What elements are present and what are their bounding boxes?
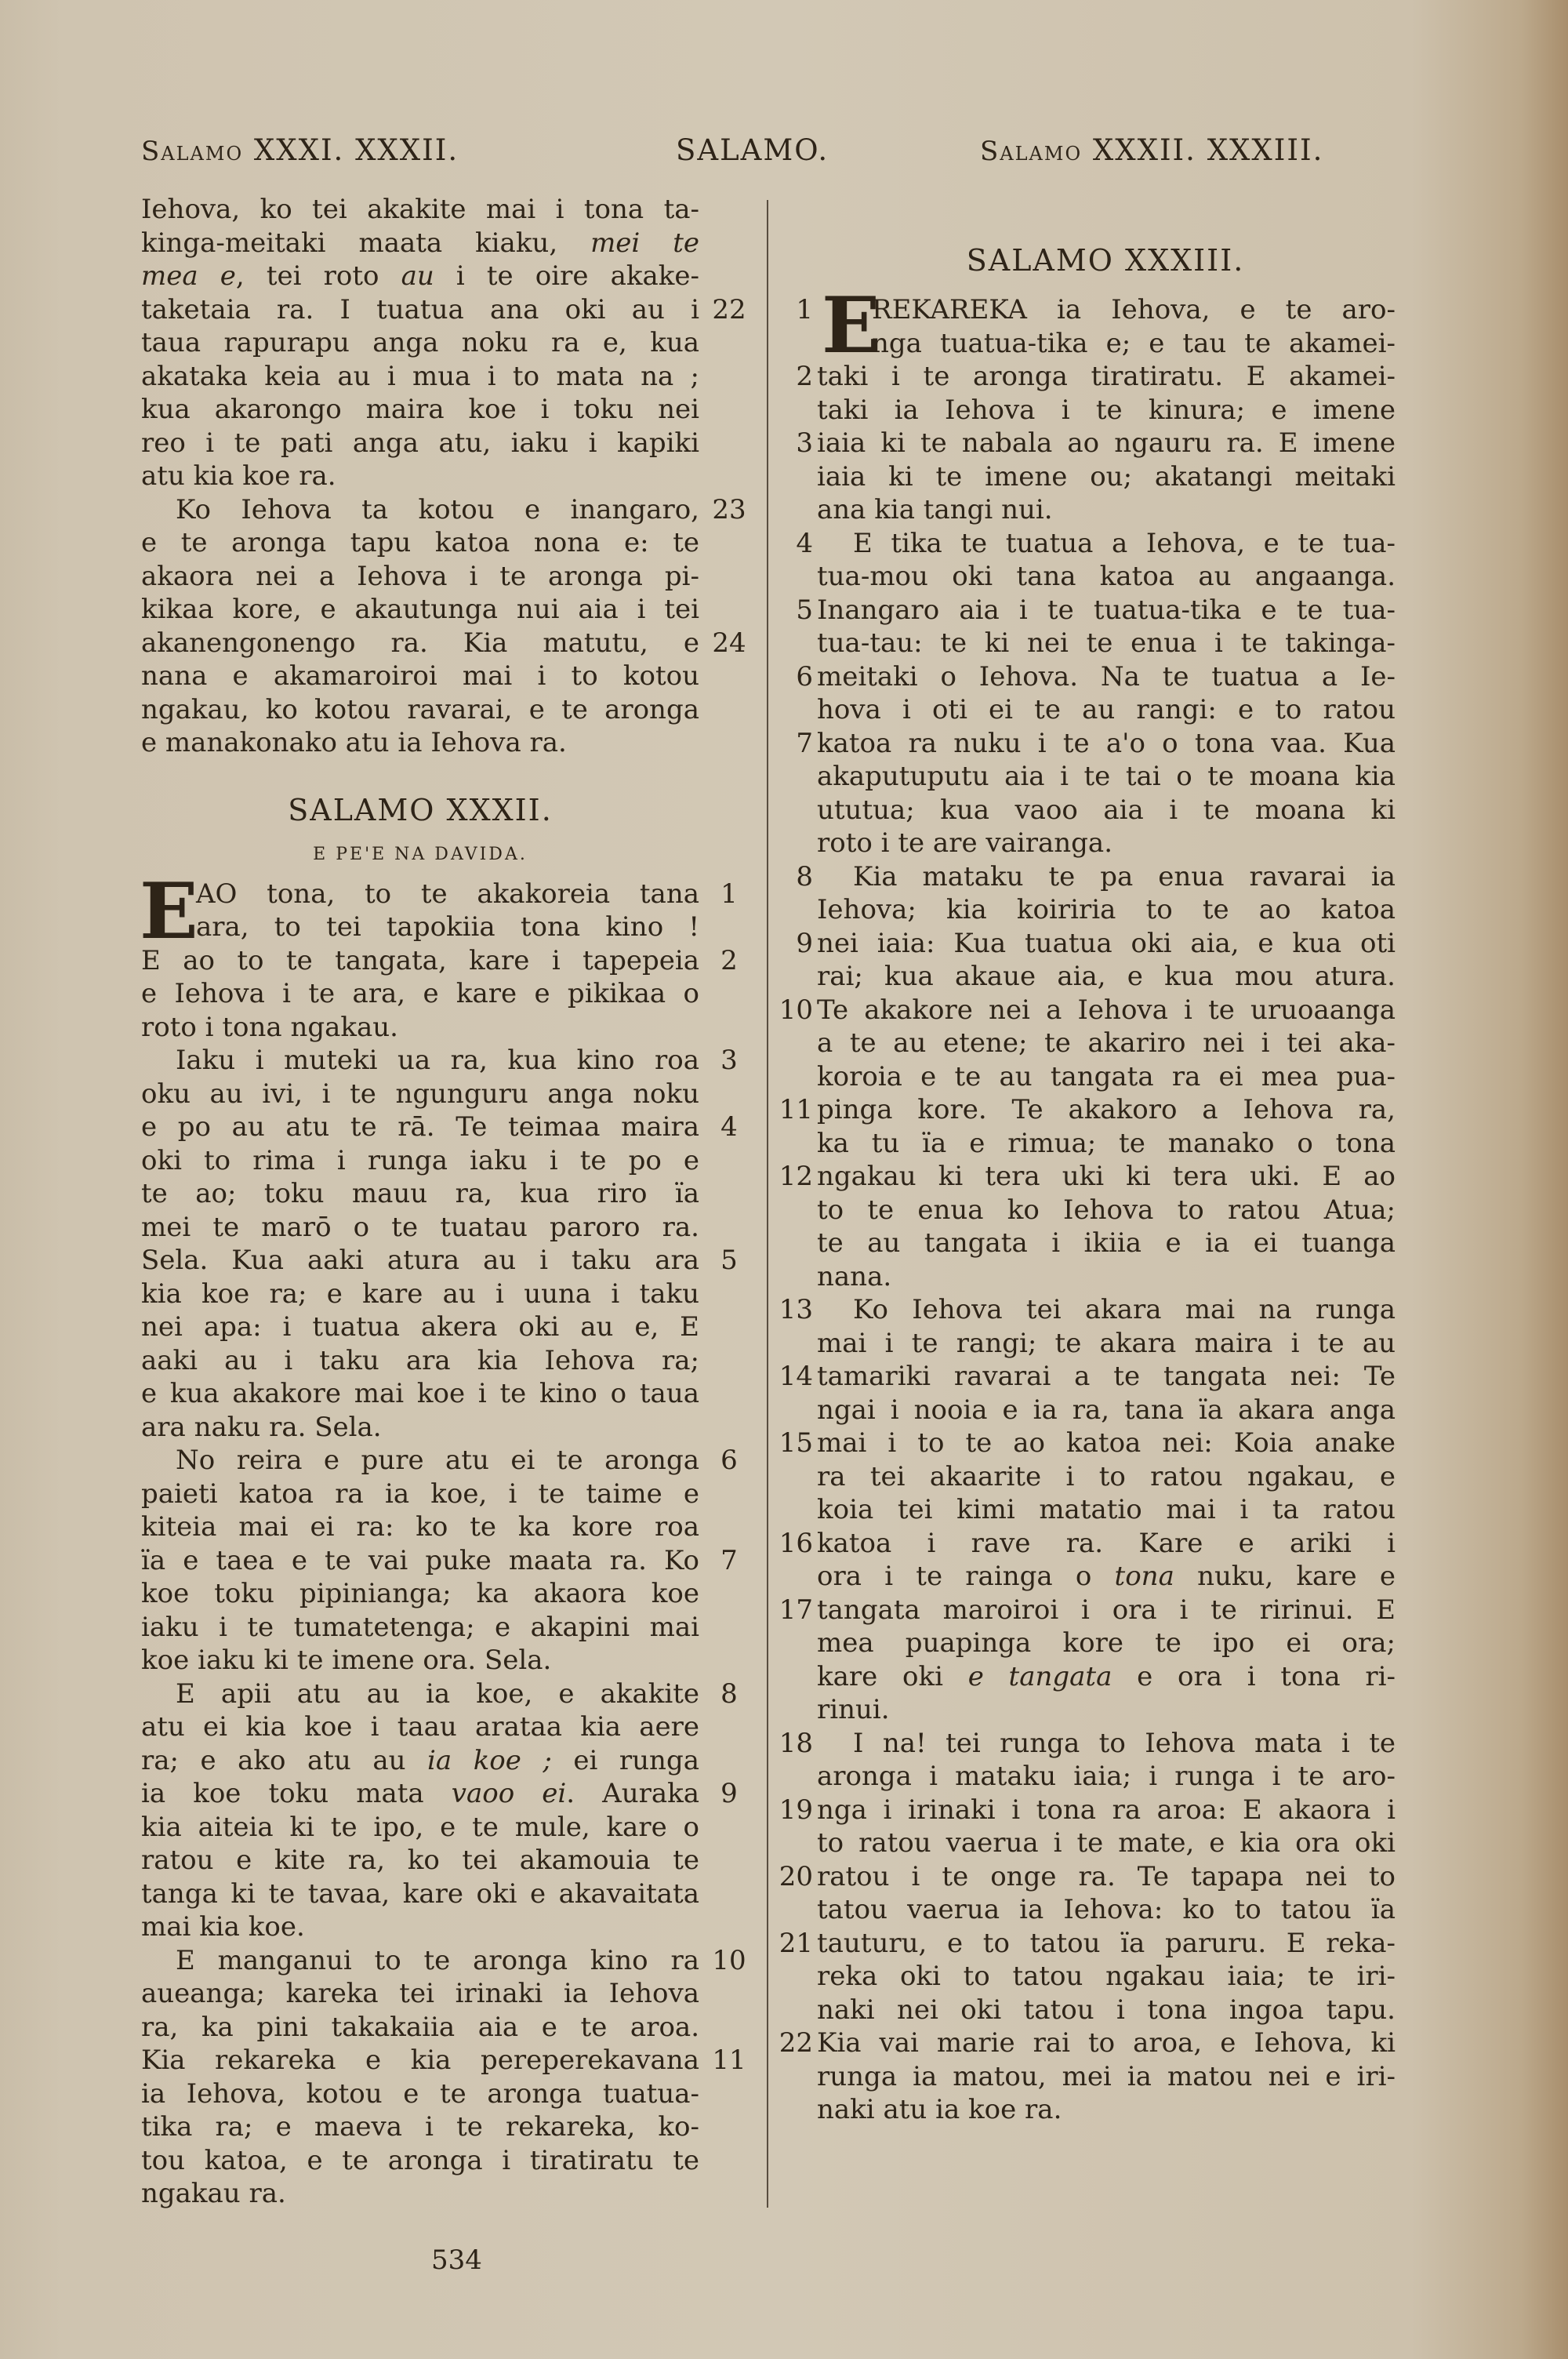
psalm-title: SALAMO XXXII.: [141, 793, 699, 827]
verse-number: 12: [772, 1160, 813, 1193]
text-line: rinui.: [817, 1693, 1396, 1726]
drop-cap: E: [140, 879, 198, 945]
text-line: reo i te pati anga atu, iaku i kapiki: [141, 427, 699, 460]
verse-number: 23: [706, 493, 753, 526]
text-line: Inangaro aia i te tuatua-tika e te tua-: [817, 594, 1396, 627]
verse-number: 1: [772, 293, 813, 326]
text-line: E apii atu au ia koe, e akakite: [176, 1677, 699, 1710]
text-line: ra tei akaarite i to ratou ngakau, e: [817, 1460, 1396, 1493]
text-line: E manganui to te aronga kino ra: [176, 1944, 699, 1977]
text-line: tauturu, e to tatou ïa paruru. E reka-: [817, 1927, 1396, 1960]
verse-number: 2: [772, 360, 813, 393]
text-line: atu kia koe ra.: [141, 460, 699, 493]
text-line: Ko Iehova tei akara mai na runga: [853, 1293, 1396, 1326]
verse-number: 9: [706, 1777, 753, 1810]
text-line: nei iaia: Kua tuatua oki aia, e kua oti: [817, 927, 1396, 960]
text-line: E tika te tuatua a Iehova, e te tua-: [853, 527, 1396, 560]
text-line: ara, to tei tapokiia tona kino !: [196, 911, 699, 943]
text-line: Iaku i muteki ua ra, kua kino roa: [176, 1044, 699, 1077]
verse-number: 3: [772, 427, 813, 460]
text-line: ngakau ki tera uki ki tera uki. E ao: [817, 1160, 1396, 1193]
text-line: ngakau, ko kotou ravarai, e te aronga: [141, 693, 699, 726]
text-line: e po au atu te rā. Te teimaa maira: [141, 1110, 699, 1143]
text-line: iaku i te tumatetenga; e akapini mai: [141, 1611, 699, 1644]
text-line: runga ia matou, mei ia matou nei e iri-: [817, 2060, 1396, 2093]
text-line: akanengonengo ra. Kia matutu, e: [141, 627, 699, 660]
verse-number: 3: [706, 1044, 753, 1077]
verse-number: 13: [772, 1293, 813, 1326]
text-line: koe iaku ki te imene ora. Sela.: [141, 1644, 699, 1677]
verse-number: 7: [706, 1544, 753, 1577]
text-line: ngai i nooia e ia ra, tana ïa akara anga: [817, 1394, 1396, 1427]
text-line: koia tei kimi matatio mai i ta ratou: [817, 1493, 1396, 1526]
verse-number: 6: [772, 660, 813, 693]
verse-number: 7: [772, 727, 813, 760]
text-line: ora i te rainga o tona nuku, kare e: [817, 1560, 1396, 1593]
text-line: iaia ki te imene ou; akatangi meitaki: [817, 460, 1396, 493]
text-line: I na! tei runga to Iehova mata i te: [853, 1727, 1396, 1760]
text-line: kia koe ra; e kare au i uuna i taku: [141, 1278, 699, 1310]
text-line: nana.: [817, 1260, 1396, 1293]
text-line: ia Iehova, kotou e te aronga tuatua-: [141, 2077, 699, 2110]
verse-number: 1: [706, 878, 753, 911]
text-line: koe toku pipinianga; ka akaora koe: [141, 1577, 699, 1610]
verse-number: 24: [706, 627, 753, 660]
text-line: kare oki e tangata e ora i tona ri-: [817, 1660, 1396, 1693]
book-page: Salamo XXXI. XXXII. SALAMO. Salamo XXXII…: [0, 0, 1568, 2359]
text-line: roto i te are vairanga.: [817, 827, 1396, 860]
text-line: Te akakore nei a Iehova i te uruoaanga: [817, 994, 1396, 1027]
text-line: ngakau ra.: [141, 2177, 699, 2210]
text-line: paieti katoa ra ia koe, i te taime e: [141, 1478, 699, 1510]
text-line: te au tangata i ikiia e ia ei tuanga: [817, 1227, 1396, 1259]
text-line: pinga kore. Te akakoro a Iehova ra,: [817, 1093, 1396, 1126]
text-line: akaputuputu aia i te tai o te moana kia: [817, 760, 1396, 793]
text-line: aueanga; kareka tei irinaki ia Iehova: [141, 1977, 699, 2010]
text-line: nga tuatua-tika e; e tau te akamei-: [872, 327, 1396, 360]
text-line: Iehova; kia koiriria to te ao katoa: [817, 893, 1396, 926]
verse-number: 22: [706, 293, 753, 326]
text-line: akaora nei a Iehova i te aronga pi-: [141, 560, 699, 593]
text-line: naki atu ia koe ra.: [817, 2093, 1396, 2126]
text-line: oku au ivi, i te ngunguru anga noku: [141, 1078, 699, 1110]
text-line: kikaa kore, e akautunga nui aia i tei: [141, 593, 699, 626]
text-line: iaia ki te nabala ao ngauru ra. E imene: [817, 427, 1396, 460]
text-line: e manakonako atu ia Iehova ra.: [141, 726, 699, 759]
text-line: nana e akamaroiroi mai i to kotou: [141, 660, 699, 692]
text-line: roto i tona ngakau.: [141, 1011, 699, 1044]
verse-number: 17: [772, 1594, 813, 1627]
verse-number: 8: [772, 860, 813, 893]
verse-number: 19: [772, 1794, 813, 1826]
verse-number: 2: [706, 944, 753, 977]
header-right-prefix: Salamo: [980, 136, 1082, 167]
text-line: mai i te rangi; te akara maira i te au: [817, 1327, 1396, 1360]
verse-number: 4: [772, 527, 813, 560]
text-line: ia koe toku mata vaoo ei. Auraka: [141, 1777, 699, 1810]
text-line: ra; e ako atu au ia koe ; ei runga: [141, 1744, 699, 1777]
text-line: kinga-meitaki maata kiaku, mei te: [141, 227, 699, 260]
verse-number: 5: [706, 1244, 753, 1277]
text-line: to te enua ko Iehova to ratou Atua;: [817, 1194, 1396, 1227]
verse-number: 22: [772, 2026, 813, 2059]
text-line: meitaki o Iehova. Na te tuatua a Ie-: [817, 660, 1396, 693]
text-line: nei apa: i tuatua akera oki au e, E: [141, 1310, 699, 1343]
text-line: tua-mou oki tana katoa au angaanga.: [817, 560, 1396, 593]
verse-number: 20: [772, 1860, 813, 1893]
text-line: e kua akakore mai koe i te kino o taua: [141, 1377, 699, 1410]
verse-number: 11: [706, 2044, 753, 2077]
text-line: AO tona, to te akakoreia tana: [196, 878, 699, 911]
verse-number: 9: [772, 927, 813, 960]
text-line: katoa ra nuku i te a'o o tona vaa. Kua: [817, 727, 1396, 760]
text-line: ra, ka pini takakaiia aia e te aroa.: [141, 2011, 699, 2044]
text-line: kua akarongo maira koe i toku nei: [141, 393, 699, 426]
text-line: tou katoa, e te aronga i tiratiratu te: [141, 2144, 699, 2177]
text-line: ratou e kite ra, ko tei akamouia te: [141, 1844, 699, 1877]
text-line: Ko Iehova ta kotou e inangaro,: [176, 493, 699, 526]
text-line: aaki au i taku ara kia Iehova ra;: [141, 1344, 699, 1377]
text-line: ratou i te onge ra. Te tapapa nei to: [817, 1860, 1396, 1893]
text-line: kiteia mai ei ra: ko te ka kore roa: [141, 1510, 699, 1543]
text-line: tangata maroiroi i ora i te ririnui. E: [817, 1594, 1396, 1627]
page-number: 534: [431, 2245, 482, 2276]
text-line: nga i irinaki i tona ra aroa: E akaora i: [817, 1794, 1396, 1826]
text-line: mai i to te ao katoa nei: Koia anake: [817, 1427, 1396, 1459]
psalm-title: SALAMO XXXIII.: [815, 243, 1396, 278]
verse-number: 14: [772, 1360, 813, 1393]
text-line: aronga i mataku iaia; i runga i te aro-: [817, 1760, 1396, 1793]
text-line: REKAREKA ia Iehova, e te aro-: [872, 293, 1396, 326]
running-header-center: SALAMO.: [676, 133, 829, 167]
text-line: katoa i rave ra. Kare e ariki i: [817, 1527, 1396, 1560]
text-line: akataka keia au i mua i to mata na ;: [141, 360, 699, 393]
text-line: tanga ki te tavaa, kare oki e akavaitata: [141, 1877, 699, 1910]
text-line: atu ei kia koe i taau arataa kia aere: [141, 1710, 699, 1743]
text-line: tika ra; e maeva i te rekareka, ko-: [141, 2110, 699, 2143]
text-line: Iehova, ko tei akakite mai i tona ta-: [141, 193, 699, 226]
text-line: tua-tau: te ki nei te enua i te takinga-: [817, 627, 1396, 660]
header-left-prefix: Salamo: [141, 136, 243, 167]
running-header-right: Salamo XXXII. XXXIII.: [980, 133, 1323, 167]
text-line: to ratou vaerua i te mate, e kia ora oki: [817, 1826, 1396, 1859]
text-line: te ao; toku mauu ra, kua riro ïa: [141, 1177, 699, 1210]
text-line: hova i oti ei te au rangi: e to ratou: [817, 693, 1396, 726]
text-line: Kia mataku te pa enua ravarai ia: [853, 860, 1396, 893]
verse-number: 18: [772, 1727, 813, 1760]
text-line: naki nei oki tatou i tona ingoa tapu.: [817, 1994, 1396, 2026]
text-line: taua rapurapu anga noku ra e, kua: [141, 326, 699, 359]
text-line: taketaia ra. I tuatua ana oki au i: [141, 293, 699, 326]
verse-number: 16: [772, 1527, 813, 1560]
text-line: oki to rima i runga iaku i te po e: [141, 1144, 699, 1177]
text-line: tatou vaerua ia Iehova: ko to tatou ïa: [817, 1893, 1396, 1926]
text-line: kia aiteia ki te ipo, e te mule, kare o: [141, 1811, 699, 1844]
text-line: Kia vai marie rai to aroa, e Iehova, ki: [817, 2026, 1396, 2059]
text-line: mai kia koe.: [141, 1910, 699, 1943]
header-left-chapters: XXXI. XXXII.: [254, 133, 459, 167]
verse-number: 15: [772, 1427, 813, 1459]
verse-number: 11: [772, 1093, 813, 1126]
text-line: ara naku ra. Sela.: [141, 1411, 699, 1444]
text-line: mea puapinga kore te ipo ei ora;: [817, 1627, 1396, 1659]
running-header-left: Salamo XXXI. XXXII.: [141, 133, 459, 167]
text-line: rai; kua akaue aia, e kua mou atura.: [817, 960, 1396, 993]
verse-number: 21: [772, 1927, 813, 1960]
text-line: E ao to te tangata, kare i tapepeia: [141, 944, 699, 977]
text-line: ututua; kua vaoo aia i te moana ki: [817, 794, 1396, 827]
verse-number: 4: [706, 1110, 753, 1143]
text-line: e te aronga tapu katoa nona e: te: [141, 526, 699, 559]
text-line: Sela. Kua aaki atura au i taku ara: [141, 1244, 699, 1277]
text-line: Kia rekareka e kia pereperekavana: [141, 2044, 699, 2077]
text-line: taki ia Iehova i te kinura; e imene: [817, 394, 1396, 427]
verse-number: 6: [706, 1444, 753, 1477]
verse-number: 5: [772, 594, 813, 627]
verse-number: 10: [706, 1944, 753, 1977]
verse-number: 8: [706, 1677, 753, 1710]
text-line: reka oki to tatou ngakau iaia; te iri-: [817, 1960, 1396, 1993]
text-line: ana kia tangi nui.: [817, 493, 1396, 526]
text-line: taki i te aronga tiratiratu. E akamei-: [817, 360, 1396, 393]
column-divider: [767, 200, 768, 2208]
text-line: mei te marō o te tuatau paroro ra.: [141, 1211, 699, 1244]
text-line: tamariki ravarai a te tangata nei: Te: [817, 1360, 1396, 1393]
text-line: e Iehova i te ara, e kare e pikikaa o: [141, 977, 699, 1010]
text-line: ka tu ïa e rimua; te manako o tona: [817, 1127, 1396, 1160]
text-line: mea e, tei roto au i te oire akake-: [141, 260, 699, 293]
text-line: a te au etene; te akariro nei i tei aka-: [817, 1027, 1396, 1060]
header-right-chapters: XXXII. XXXIII.: [1093, 133, 1323, 167]
text-line: No reira e pure atu ei te aronga: [176, 1444, 699, 1477]
psalm-subtitle: E PE'E NA DAVIDA.: [141, 845, 699, 864]
verse-number: 10: [772, 994, 813, 1027]
text-line: koroia e te au tangata ra ei mea pua-: [817, 1060, 1396, 1093]
text-line: ïa e taea e te vai puke maata ra. Ko: [141, 1544, 699, 1577]
